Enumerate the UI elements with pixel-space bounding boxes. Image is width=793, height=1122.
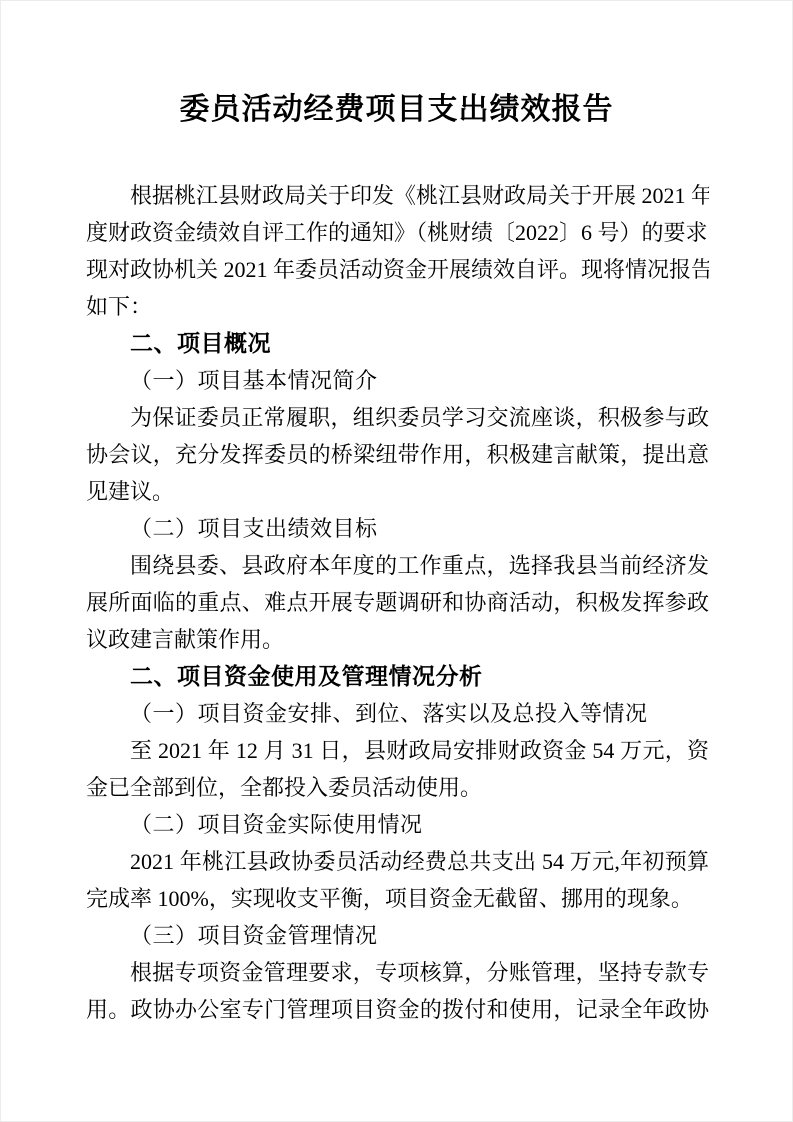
paragraph-line: 议政建言献策作用。 (86, 621, 709, 658)
paragraph-line: 根据桃江县财政局关于印发《桃江县财政局关于开展 2021 年 (86, 177, 709, 214)
paragraph-line: 度财政资金绩效自评工作的通知》（桃财绩〔2022〕6 号）的要求， (86, 214, 709, 251)
paragraph-line: 围绕县委、县政府本年度的工作重点，选择我县当前经济发 (86, 547, 709, 584)
subsection-heading-funds-management: （三）项目资金管理情况 (86, 917, 709, 954)
section-heading-funds-analysis: 二、项目资金使用及管理情况分析 (86, 658, 709, 695)
section-heading-overview: 二、项目概况 (86, 325, 709, 362)
paragraph-line: 完成率 100%，实现收支平衡，项目资金无截留、挪用的现象。 (86, 880, 709, 917)
document-page: 委员活动经费项目支出绩效报告 根据桃江县财政局关于印发《桃江县财政局关于开展 2… (0, 0, 793, 1122)
paragraph-line: 为保证委员正常履职，组织委员学习交流座谈，积极参与政 (86, 399, 709, 436)
paragraph-line: 见建议。 (86, 473, 709, 510)
document-body: 根据桃江县财政局关于印发《桃江县财政局关于开展 2021 年 度财政资金绩效自评… (1, 177, 792, 1028)
paragraph-line: 用。政协办公室专门管理项目资金的拨付和使用，记录全年政协 (86, 991, 709, 1028)
subsection-heading-performance-goal: （二）项目支出绩效目标 (86, 510, 709, 547)
paragraph-line: 协会议，充分发挥委员的桥梁纽带作用，积极建言献策，提出意 (86, 436, 709, 473)
paragraph-line: 至 2021 年 12 月 31 日，县财政局安排财政资金 54 万元，资 (86, 732, 709, 769)
paragraph-line: 现对政协机关 2021 年委员活动资金开展绩效自评。现将情况报告 (86, 251, 709, 288)
paragraph-line: 展所面临的重点、难点开展专题调研和协商活动，积极发挥参政 (86, 584, 709, 621)
subsection-heading-funds-actual-use: （二）项目资金实际使用情况 (86, 806, 709, 843)
paragraph-line: 金已全部到位，全都投入委员活动使用。 (86, 769, 709, 806)
paragraph-line: 如下： (86, 288, 709, 325)
subsection-heading-basic-intro: （一）项目基本情况简介 (86, 362, 709, 399)
paragraph-line: 2021 年桃江县政协委员活动经费总共支出 54 万元,年初预算 (86, 843, 709, 880)
document-title: 委员活动经费项目支出绩效报告 (1, 91, 792, 129)
paragraph-line: 根据专项资金管理要求，专项核算，分账管理，坚持专款专 (86, 954, 709, 991)
subsection-heading-funds-arrangement: （一）项目资金安排、到位、落实以及总投入等情况 (86, 695, 709, 732)
